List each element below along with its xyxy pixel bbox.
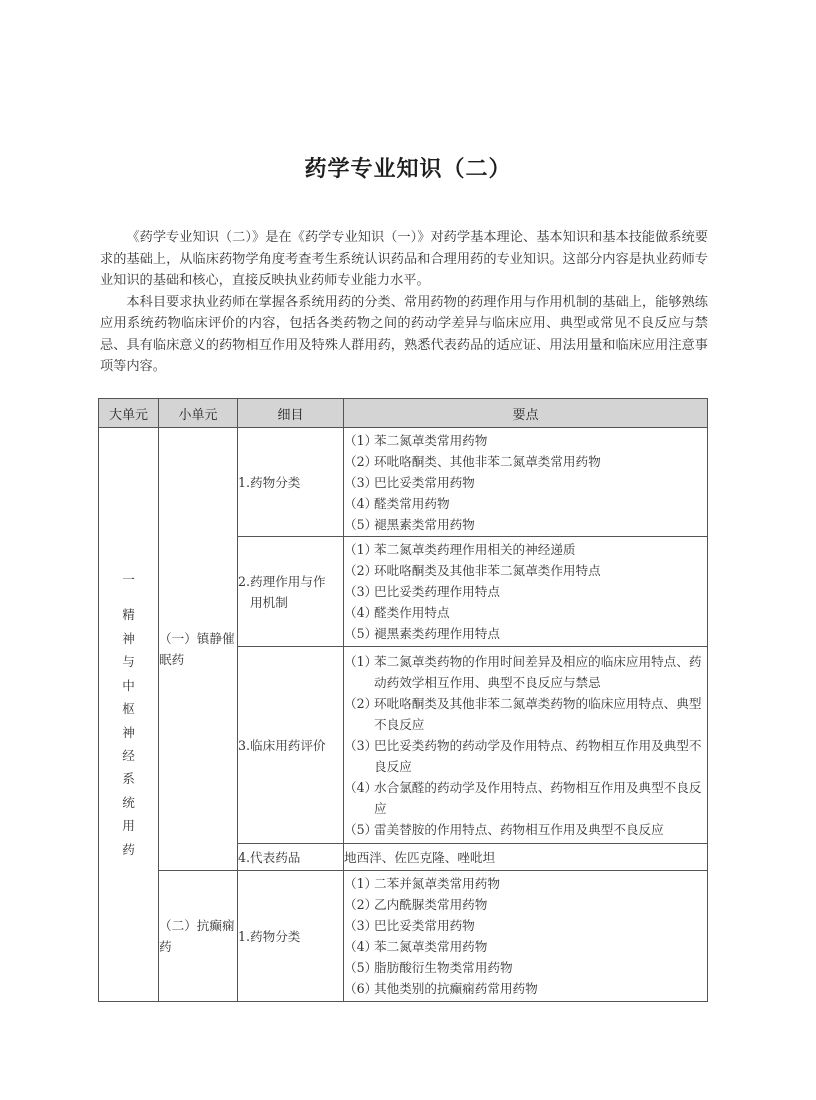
point: （1）苯二氮䓬类药理作用相关的神经递质 xyxy=(344,539,707,560)
point: （2）环吡咯酮类及其他非苯二氮䓬类药物的临床应用特点、典型不良反应 xyxy=(344,693,707,735)
item-label-line: 用机制 xyxy=(238,592,343,613)
intro-paragraph: 本科目要求执业药师在掌握各系统用药的分类、常用药物的药理作用与作用机制的基础上，… xyxy=(100,292,708,378)
header-big-unit: 大单元 xyxy=(99,399,159,428)
small-unit-cell: （一）镇静催眠药 xyxy=(159,428,238,871)
point: （4）醛类常用药物 xyxy=(344,493,707,514)
big-unit-cell: 一 精 神 与 中 枢 神 经 系 统 用 药 xyxy=(99,428,159,1002)
point: （2）乙内酰脲类常用药物 xyxy=(344,894,707,915)
item-cell: 3.临床用药评价 xyxy=(238,647,344,844)
point: （1）二苯并氮䓬类常用药物 xyxy=(344,873,707,894)
point: （4）苯二氮䓬类常用药物 xyxy=(344,936,707,957)
item-cell: 2.药理作用与作 用机制 xyxy=(238,537,344,647)
table-row: （二）抗癫痫药 1.药物分类 （1）二苯并氮䓬类常用药物 （2）乙内酰脲类常用药… xyxy=(99,871,708,1002)
point: （2）环吡咯酮类及其他非苯二氮䓬类作用特点 xyxy=(344,560,707,581)
big-unit-char: 用 xyxy=(122,814,135,837)
big-unit-char: 精 xyxy=(122,603,135,626)
point: （3）巴比妥类药物的药动学及作用特点、药物相互作用及典型不良反应 xyxy=(344,735,707,777)
point: （6）其他类别的抗癫痫药常用药物 xyxy=(344,978,707,999)
points-cell: （1）二苯并氮䓬类常用药物 （2）乙内酰脲类常用药物 （3）巴比妥类常用药物 （… xyxy=(344,871,708,1002)
points-cell: 地西泮、佐匹克隆、唑吡坦 xyxy=(344,844,708,871)
point: （4）水合氯醛的药动学及作用特点、药物相互作用及典型不良反应 xyxy=(344,777,707,819)
item-cell: 1.药物分类 xyxy=(238,871,344,1002)
syllabus-table: 大单元 小单元 细目 要点 一 精 神 与 中 枢 神 经 系 统 用 xyxy=(98,398,708,1002)
point: （3）巴比妥类常用药物 xyxy=(344,915,707,936)
points-cell: （1）苯二氮䓬类药理作用相关的神经递质 （2）环吡咯酮类及其他非苯二氮䓬类作用特… xyxy=(344,537,708,647)
point: （5）雷美替胺的作用特点、药物相互作用及典型不良反应 xyxy=(344,819,707,840)
point: （3）巴比妥类常用药物 xyxy=(344,472,707,493)
table-header-row: 大单元 小单元 细目 要点 xyxy=(99,399,708,428)
big-unit-char: 统 xyxy=(122,791,135,814)
intro-section: 《药学专业知识（二）》是在《药学专业知识（一）》对药学基本理论、基本知识和基本技… xyxy=(100,227,708,378)
item-cell: 4.代表药品 xyxy=(238,844,344,871)
point: （5）褪黑素类药理作用特点 xyxy=(344,623,707,644)
item-cell: 1.药物分类 xyxy=(238,428,344,537)
big-unit-char: 枢 xyxy=(122,697,135,720)
point: （4）醛类作用特点 xyxy=(344,602,707,623)
big-unit-char: 经 xyxy=(122,744,135,767)
header-points: 要点 xyxy=(344,399,708,428)
page-title: 药学专业知识（二） xyxy=(0,152,816,183)
big-unit-char: 神 xyxy=(122,721,135,744)
header-small-unit: 小单元 xyxy=(159,399,238,428)
table-row: 一 精 神 与 中 枢 神 经 系 统 用 药 （一）镇静催眠药 1.药物分类 … xyxy=(99,428,708,537)
item-label-line: 2.药理作用与作 xyxy=(238,571,343,592)
point: （1）苯二氮䓬类药物的作用时间差异及相应的临床应用特点、药动药效学相互作用、典型… xyxy=(344,651,707,693)
small-unit-cell: （二）抗癫痫药 xyxy=(159,871,238,1002)
big-unit-char: 神 xyxy=(122,627,135,650)
big-unit-char: 药 xyxy=(122,838,135,861)
header-item: 细目 xyxy=(238,399,344,428)
point: （2）环吡咯酮类、其他非苯二氮䓬类常用药物 xyxy=(344,451,707,472)
big-unit-char: 与 xyxy=(122,650,135,673)
points-cell: （1）苯二氮䓬类药物的作用时间差异及相应的临床应用特点、药动药效学相互作用、典型… xyxy=(344,647,708,844)
big-unit-char: 系 xyxy=(122,767,135,790)
point: （1）苯二氮䓬类常用药物 xyxy=(344,430,707,451)
big-unit-number: 一 xyxy=(122,568,135,591)
intro-paragraph: 《药学专业知识（二）》是在《药学专业知识（一）》对药学基本理论、基本知识和基本技… xyxy=(100,227,708,292)
point: （5）褪黑素类常用药物 xyxy=(344,514,707,535)
point: （5）脂肪酸衍生物类常用药物 xyxy=(344,957,707,978)
point: （3）巴比妥类药理作用特点 xyxy=(344,581,707,602)
points-cell: （1）苯二氮䓬类常用药物 （2）环吡咯酮类、其他非苯二氮䓬类常用药物 （3）巴比… xyxy=(344,428,708,537)
big-unit-char: 中 xyxy=(122,674,135,697)
